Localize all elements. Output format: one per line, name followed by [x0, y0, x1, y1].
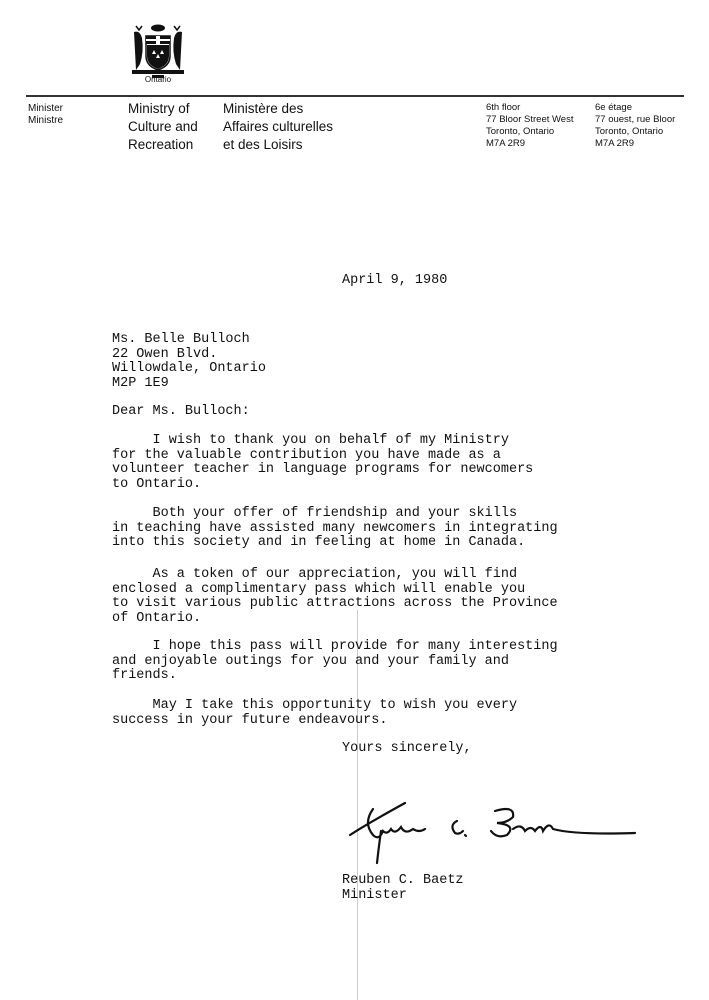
minister-label: Minister Ministre [28, 103, 63, 127]
crest-label: Ontario [128, 75, 188, 84]
letter-date: April 9, 1980 [342, 274, 447, 289]
closing: Yours sincerely, [342, 742, 472, 757]
letterhead-rule [26, 95, 684, 97]
body-paragraph: I wish to thank you on behalf of my Mini… [112, 434, 533, 492]
ministry-name-english: Ministry of Culture and Recreation [128, 100, 198, 154]
ministry-name-french: Ministère des Affaires culturelles et de… [223, 100, 333, 154]
salutation: Dear Ms. Bulloch: [112, 405, 250, 420]
recipient-address: Ms. Belle Bulloch 22 Owen Blvd. Willowda… [112, 333, 266, 391]
body-paragraph: As a token of our appreciation, you will… [112, 568, 558, 626]
body-paragraph: Both your offer of friendship and your s… [112, 507, 558, 551]
address-english: 6th floor 77 Bloor Street West Toronto, … [486, 102, 573, 150]
signer-name-title: Reuben C. Baetz Minister [342, 874, 464, 903]
address-french: 6e étage 77 ouest, rue Bloor Toronto, On… [595, 102, 675, 150]
body-paragraph: I hope this pass will provide for many i… [112, 640, 558, 684]
handwritten-signature-icon [345, 795, 640, 865]
body-paragraph: May I take this opportunity to wish you … [112, 699, 517, 728]
